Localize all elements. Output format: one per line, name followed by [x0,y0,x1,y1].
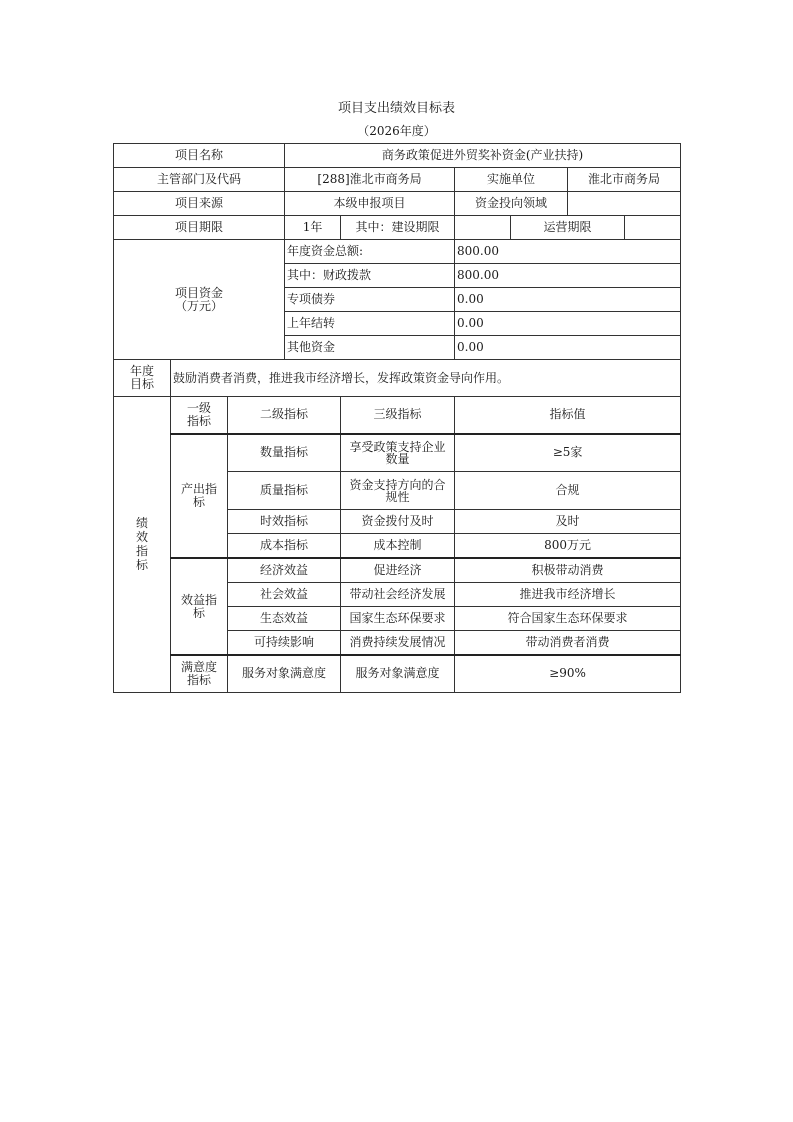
row-project-name: 项目名称 商务政策促进外贸奖补资金(产业扶持) [114,144,681,168]
document-subtitle: （2026年度） [0,122,793,139]
funds-row-value: 0.00 [455,312,681,336]
row-indicator-headers: 绩 效 指 标 一级 指标 二级指标 三级指标 指标值 [114,397,681,434]
section-char: 指 [135,544,149,558]
funds-row-label: 其他资金 [285,336,455,360]
header-level1-line1: 一级 [174,402,224,415]
funds-row-value: 800.00 [455,240,681,264]
level2-cell: 数量指标 [228,434,341,472]
value-cell: ≥90% [455,655,681,692]
header-level1-line2: 指标 [174,415,224,428]
satisfaction-label-line2: 指标 [174,674,224,687]
level3-line2: 数量 [344,453,451,465]
header-value: 指标值 [455,397,681,434]
indicator-row: 效益指 标 经济效益 促进经济 积极带动消费 [114,558,681,583]
level3-line1: 资金支持方向的合 [344,479,451,491]
value-cell: 800万元 [455,534,681,559]
funds-label-line2: （万元） [117,300,281,313]
row-source: 项目来源 本级申报项目 资金投向领域 [114,192,681,216]
indicators-section-label: 绩 效 指 标 [114,397,171,693]
level3-cell: 消费持续发展情况 [341,631,455,656]
benefit-label-line2: 标 [174,607,224,620]
source-label: 项目来源 [114,192,285,216]
section-char: 效 [135,530,149,544]
level3-cell: 享受政策支持企业 数量 [341,434,455,472]
header-level3: 三级指标 [341,397,455,434]
funds-row-label: 专项债券 [285,288,455,312]
funds-row-value: 0.00 [455,336,681,360]
value-cell: 合规 [455,472,681,510]
level3-cell: 资金拨付及时 [341,510,455,534]
build-period-value [455,216,511,240]
level2-cell: 服务对象满意度 [228,655,341,692]
indicator-row: 满意度 指标 服务对象满意度 服务对象满意度 ≥90% [114,655,681,692]
level2-cell: 社会效益 [228,583,341,607]
impl-unit-label: 实施单位 [455,168,568,192]
period-value: 1年 [285,216,341,240]
funds-row-label: 上年结转 [285,312,455,336]
funds-label: 项目资金 （万元） [114,240,285,360]
funds-row-value: 0.00 [455,288,681,312]
operate-period-label: 运营期限 [511,216,625,240]
project-name-value: 商务政策促进外贸奖补资金(产业扶持) [285,144,681,168]
level3-cell: 资金支持方向的合 规性 [341,472,455,510]
dept-value: [288]淮北市商务局 [285,168,455,192]
satisfaction-label-line1: 满意度 [174,661,224,674]
row-funds-total: 项目资金 （万元） 年度资金总额: 800.00 [114,240,681,264]
section-char: 标 [135,558,149,572]
source-value: 本级申报项目 [285,192,455,216]
level2-cell: 时效指标 [228,510,341,534]
funds-row-value: 800.00 [455,264,681,288]
level2-cell: 生态效益 [228,607,341,631]
invest-field-label: 资金投向领域 [455,192,568,216]
header-level2: 二级指标 [228,397,341,434]
level3-cell: 促进经济 [341,558,455,583]
output-label-line1: 产出指 [174,483,224,496]
value-cell: 推进我市经济增长 [455,583,681,607]
operate-period-value [625,216,681,240]
level3-line1: 享受政策支持企业 [344,441,451,453]
level2-cell: 质量指标 [228,472,341,510]
indicator-row: 产出指 标 数量指标 享受政策支持企业 数量 ≥5家 [114,434,681,472]
row-period: 项目期限 1年 其中：建设期限 运营期限 [114,216,681,240]
annual-goal-label-line2: 目标 [117,378,167,391]
level3-cell: 带动社会经济发展 [341,583,455,607]
value-cell: 积极带动消费 [455,558,681,583]
invest-field-value [568,192,681,216]
document-title: 项目支出绩效目标表 [0,97,793,116]
value-cell: 符合国家生态环保要求 [455,607,681,631]
level3-line2: 规性 [344,491,451,503]
funds-row-label: 年度资金总额: [285,240,455,264]
level3-cell: 成本控制 [341,534,455,559]
performance-target-table: 项目名称 商务政策促进外贸奖补资金(产业扶持) 主管部门及代码 [288]淮北市… [113,143,681,693]
level2-cell: 可持续影响 [228,631,341,656]
annual-goal-text: 鼓励消费者消费，推进我市经济增长，发挥政策资金导向作用。 [171,360,681,397]
level3-cell: 服务对象满意度 [341,655,455,692]
impl-unit-value: 淮北市商务局 [568,168,681,192]
level3-cell: 国家生态环保要求 [341,607,455,631]
output-label-line2: 标 [174,496,224,509]
period-label: 项目期限 [114,216,285,240]
annual-goal-label: 年度 目标 [114,360,171,397]
satisfaction-indicator-label: 满意度 指标 [171,655,228,692]
section-char: 绩 [135,516,149,530]
level2-cell: 经济效益 [228,558,341,583]
funds-row-label: 其中：财政拨款 [285,264,455,288]
row-annual-goal: 年度 目标 鼓励消费者消费，推进我市经济增长，发挥政策资金导向作用。 [114,360,681,397]
level2-cell: 成本指标 [228,534,341,559]
header-level1: 一级 指标 [171,397,228,434]
funds-label-line1: 项目资金 [117,287,281,300]
output-indicator-label: 产出指 标 [171,434,228,559]
project-name-label: 项目名称 [114,144,285,168]
value-cell: 带动消费者消费 [455,631,681,656]
row-department: 主管部门及代码 [288]淮北市商务局 实施单位 淮北市商务局 [114,168,681,192]
benefit-label-line1: 效益指 [174,594,224,607]
build-period-label: 其中：建设期限 [341,216,455,240]
benefit-indicator-label: 效益指 标 [171,558,228,655]
value-cell: ≥5家 [455,434,681,472]
value-cell: 及时 [455,510,681,534]
dept-label: 主管部门及代码 [114,168,285,192]
